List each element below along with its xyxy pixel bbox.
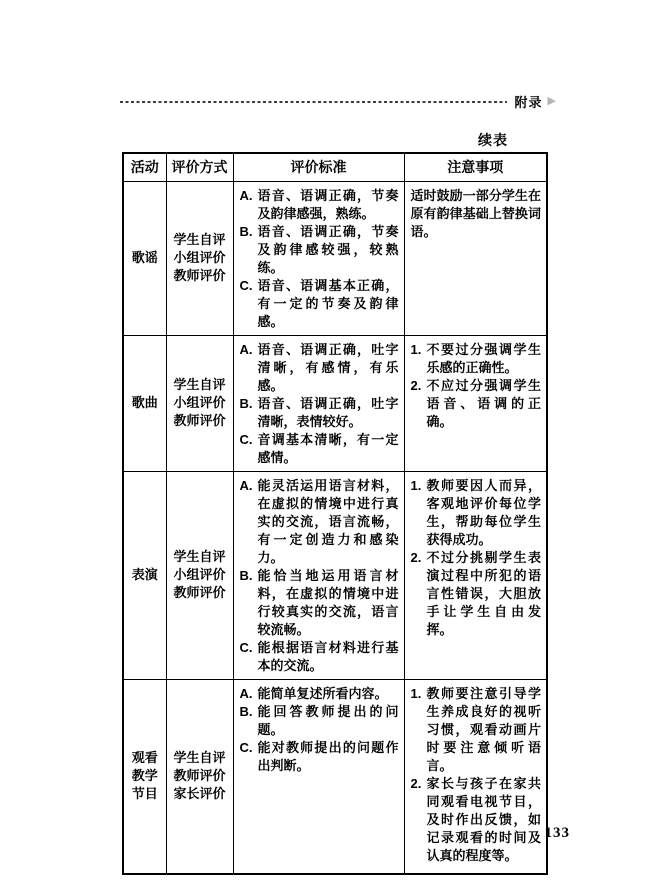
- page-header: 附录 ▶: [120, 93, 556, 109]
- table-row: 观看教学节目 学生自评教师评价家长评价 A.能简单复述所看内容。B.能回答教师提…: [123, 679, 547, 874]
- column-header-notes: 注意事项: [404, 153, 547, 181]
- table-row: 歌曲 学生自评小组评价教师评价 A.语音、语调正确，吐字清晰，有感情，有乐感。B…: [123, 335, 547, 471]
- document-page: 附录 ▶ 续表 活动 评价方式 评价标准 注意事项 歌谣 学生自评小组评价教师评…: [0, 0, 668, 891]
- method-line: 小组评价: [169, 249, 231, 267]
- triangle-icon: ▶: [548, 96, 556, 107]
- criteria-cell: A.语音、语调正确，吐字清晰，有感情，有乐感。B.语音、语调正确，吐字清晰，表情…: [233, 335, 404, 471]
- column-header-activity: 活动: [123, 153, 166, 181]
- method-line: 小组评价: [169, 394, 231, 412]
- criteria-cell: A.语音、语调正确，节奏及韵律感强，熟练。B.语音、语调正确，节奏及韵律感较强，…: [233, 181, 404, 335]
- notes-item: 1.教师要注意引导学生养成良好的视听习惯，观看动画片时要注意倾听语言。: [411, 685, 542, 775]
- activity-cell: 歌谣: [123, 181, 166, 335]
- criteria-item: C.音调基本清晰，有一定感情。: [240, 431, 399, 467]
- item-marker: 1.: [411, 477, 427, 495]
- criteria-cell: A.能灵活运用语言材料，在虚拟的情境中进行真实的交流，语言流畅，有一定创造力和感…: [233, 471, 404, 679]
- notes-item: 适时鼓励一部分学生在原有韵律基础上替换词语。: [411, 187, 542, 241]
- method-line: 学生自评: [169, 376, 231, 394]
- item-text: 语音、语调正确，吐字清晰，表情较好。: [258, 395, 399, 431]
- activity-cell: 表演: [123, 471, 166, 679]
- item-marker: A.: [240, 685, 258, 703]
- criteria-item: B.语音、语调正确，吐字清晰，表情较好。: [240, 395, 399, 431]
- item-text: 语音、语调正确，吐字清晰，有感情，有乐感。: [258, 341, 399, 395]
- column-header-method: 评价方式: [166, 153, 233, 181]
- item-text: 不过分挑剔学生表演过程中所犯的语言性错误，大胆放手让学生自由发挥。: [427, 549, 542, 639]
- methods-cell: 学生自评教师评价家长评价: [166, 679, 233, 874]
- dotted-rule: [120, 101, 507, 103]
- criteria-item: A.语音、语调正确，节奏及韵律感强，熟练。: [240, 187, 399, 223]
- methods-cell: 学生自评小组评价教师评价: [166, 181, 233, 335]
- table-header: 活动 评价方式 评价标准 注意事项: [123, 153, 547, 181]
- activity-cell: 观看教学节目: [123, 679, 166, 874]
- notes-item: 2.不过分挑剔学生表演过程中所犯的语言性错误，大胆放手让学生自由发挥。: [411, 549, 542, 639]
- item-text: 教师要注意引导学生养成良好的视听习惯，观看动画片时要注意倾听语言。: [427, 685, 542, 775]
- item-marker: A.: [240, 477, 258, 495]
- activity-label: 表演: [132, 567, 158, 582]
- item-text: 能对教师提出的问题作出判断。: [258, 739, 399, 775]
- item-marker: 1.: [411, 685, 427, 703]
- criteria-item: C.能对教师提出的问题作出判断。: [240, 739, 399, 775]
- appendix-label: 附录: [515, 92, 543, 111]
- methods-cell: 学生自评小组评价教师评价: [166, 471, 233, 679]
- activity-label: 歌谣: [132, 250, 158, 265]
- item-text: 教师要因人而异，客观地评价每位学生，帮助每位学生获得成功。: [427, 477, 542, 549]
- method-line: 教师评价: [169, 584, 231, 602]
- method-line: 学生自评: [169, 749, 231, 767]
- item-marker: B.: [240, 567, 258, 585]
- item-marker: C.: [240, 277, 258, 295]
- evaluation-table: 活动 评价方式 评价标准 注意事项 歌谣 学生自评小组评价教师评价 A.语音、语…: [122, 152, 548, 875]
- continued-table-label: 续表: [122, 130, 546, 150]
- item-marker: C.: [240, 431, 258, 449]
- criteria-item: C.能根据语言材料进行基本的交流。: [240, 639, 399, 675]
- criteria-item: B.能恰当地运用语言材料，在虚拟的情境中进行较真实的交流，语言较流畅。: [240, 567, 399, 639]
- item-marker: B.: [240, 395, 258, 413]
- item-text: 能根据语言材料进行基本的交流。: [258, 639, 399, 675]
- item-text: 语音、语调正确，节奏及韵律感较强，较熟练。: [258, 223, 399, 277]
- header-row: 活动 评价方式 评价标准 注意事项: [123, 153, 547, 181]
- method-line: 学生自评: [169, 548, 231, 566]
- criteria-item: A.能灵活运用语言材料，在虚拟的情境中进行真实的交流，语言流畅，有一定创造力和感…: [240, 477, 399, 567]
- item-text: 家长与孩子在家共同观看电视节目，及时作出反馈，如记录观看的时间及认真的程度等。: [427, 775, 542, 865]
- criteria-item: A.能简单复述所看内容。: [240, 685, 399, 703]
- criteria-item: A.语音、语调正确，吐字清晰，有感情，有乐感。: [240, 341, 399, 395]
- notes-item: 1.教师要因人而异，客观地评价每位学生，帮助每位学生获得成功。: [411, 477, 542, 549]
- criteria-cell: A.能简单复述所看内容。B.能回答教师提出的问题。C.能对教师提出的问题作出判断…: [233, 679, 404, 874]
- item-text: 不应过分强调学生语音、语调的正确。: [427, 377, 542, 431]
- methods-cell: 学生自评小组评价教师评价: [166, 335, 233, 471]
- item-marker: C.: [240, 739, 258, 757]
- item-marker: B.: [240, 223, 258, 241]
- method-line: 学生自评: [169, 231, 231, 249]
- method-line: 小组评价: [169, 566, 231, 584]
- notes-item: 2.家长与孩子在家共同观看电视节目，及时作出反馈，如记录观看的时间及认真的程度等…: [411, 775, 542, 865]
- activity-label: 歌曲: [132, 395, 158, 410]
- criteria-item: B.语音、语调正确，节奏及韵律感较强，较熟练。: [240, 223, 399, 277]
- notes-cell: 1.教师要注意引导学生养成良好的视听习惯，观看动画片时要注意倾听语言。2.家长与…: [404, 679, 547, 874]
- method-line: 教师评价: [169, 767, 231, 785]
- table-body: 歌谣 学生自评小组评价教师评价 A.语音、语调正确，节奏及韵律感强，熟练。B.语…: [123, 181, 547, 874]
- column-header-criteria: 评价标准: [233, 153, 404, 181]
- page-number: 133: [545, 825, 571, 842]
- table-row: 表演 学生自评小组评价教师评价 A.能灵活运用语言材料，在虚拟的情境中进行真实的…: [123, 471, 547, 679]
- item-text: 能简单复述所看内容。: [258, 685, 399, 703]
- method-line: 教师评价: [169, 412, 231, 430]
- item-text: 能回答教师提出的问题。: [258, 703, 399, 739]
- criteria-item: B.能回答教师提出的问题。: [240, 703, 399, 739]
- notes-cell: 适时鼓励一部分学生在原有韵律基础上替换词语。: [404, 181, 547, 335]
- item-marker: 1.: [411, 341, 427, 359]
- notes-item: 2.不应过分强调学生语音、语调的正确。: [411, 377, 542, 431]
- notes-cell: 1.不要过分强调学生乐感的正确性。2.不应过分强调学生语音、语调的正确。: [404, 335, 547, 471]
- item-marker: 2.: [411, 775, 427, 793]
- notes-item: 1.不要过分强调学生乐感的正确性。: [411, 341, 542, 377]
- item-text: 音调基本清晰，有一定感情。: [258, 431, 399, 467]
- table-row: 歌谣 学生自评小组评价教师评价 A.语音、语调正确，节奏及韵律感强，熟练。B.语…: [123, 181, 547, 335]
- item-marker: A.: [240, 341, 258, 359]
- activity-cell: 歌曲: [123, 335, 166, 471]
- item-marker: 2.: [411, 549, 427, 567]
- method-line: 教师评价: [169, 267, 231, 285]
- item-text: 不要过分强调学生乐感的正确性。: [427, 341, 542, 377]
- method-line: 家长评价: [169, 785, 231, 803]
- criteria-item: C.语音、语调基本正确，有一定的节奏及韵律感。: [240, 277, 399, 331]
- activity-label: 观看教学节目: [132, 750, 158, 801]
- item-text: 能灵活运用语言材料，在虚拟的情境中进行真实的交流，语言流畅，有一定创造力和感染力…: [258, 477, 399, 567]
- item-marker: B.: [240, 703, 258, 721]
- item-text: 语音、语调基本正确，有一定的节奏及韵律感。: [258, 277, 399, 331]
- notes-cell: 1.教师要因人而异，客观地评价每位学生，帮助每位学生获得成功。2.不过分挑剔学生…: [404, 471, 547, 679]
- item-text: 能恰当地运用语言材料，在虚拟的情境中进行较真实的交流，语言较流畅。: [258, 567, 399, 639]
- item-marker: C.: [240, 639, 258, 657]
- item-text: 适时鼓励一部分学生在原有韵律基础上替换词语。: [411, 187, 542, 241]
- item-marker: A.: [240, 187, 258, 205]
- item-marker: 2.: [411, 377, 427, 395]
- item-text: 语音、语调正确，节奏及韵律感强，熟练。: [258, 187, 399, 223]
